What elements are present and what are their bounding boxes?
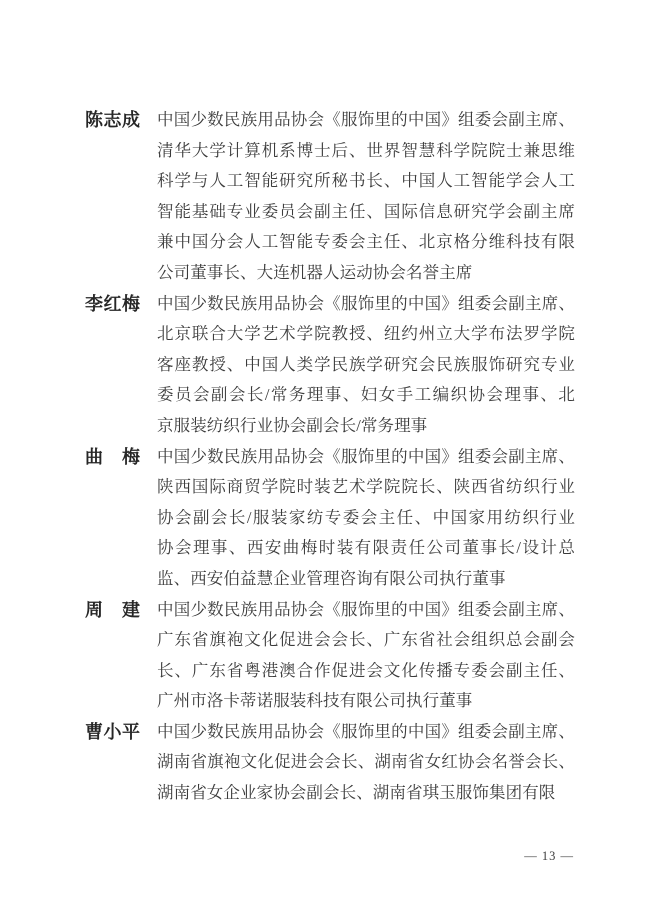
- entry-lines: 中国少数民族用品协会《服饰里的中国》组委会副主席、清华大学计算机系博士后、世界智…: [157, 105, 575, 289]
- entry-line: 客座教授、中国人类学民族学研究会民族服饰研究专业: [157, 350, 575, 381]
- entry-lines: 中国少数民族用品协会《服饰里的中国》组委会副主席、北京联合大学艺术学院教授、纽约…: [157, 289, 575, 442]
- entry-line: 陕西国际商贸学院时装艺术学院院长、陕西省纺织行业: [157, 472, 575, 503]
- entry-line: 京服装纺织行业协会副会长/常务理事: [157, 411, 575, 442]
- entry-lines: 中国少数民族用品协会《服饰里的中国》组委会副主席、陕西国际商贸学院时装艺术学院院…: [157, 442, 575, 595]
- entry-line: 兼中国分会人工智能专委会主任、北京格分维科技有限: [157, 227, 575, 258]
- entry-line: 长、广东省粤港澳合作促进会文化传播专委会副主任、: [157, 656, 575, 687]
- person-entry: 李红梅 中国少数民族用品协会《服饰里的中国》组委会副主席、北京联合大学艺术学院教…: [85, 289, 577, 442]
- document-page: 陈志成 中国少数民族用品协会《服饰里的中国》组委会副主席、清华大学计算机系博士后…: [0, 0, 650, 919]
- entry-lines: 中国少数民族用品协会《服饰里的中国》组委会副主席、广东省旗袍文化促进会会长、广东…: [157, 595, 575, 717]
- entry-name: 曲 梅: [85, 442, 142, 473]
- entry-lines: 中国少数民族用品协会《服饰里的中国》组委会副主席、湖南省旗袍文化促进会会长、湖南…: [157, 717, 575, 809]
- entry-line: 中国少数民族用品协会《服饰里的中国》组委会副主席、: [157, 442, 575, 473]
- entry-line: 清华大学计算机系博士后、世界智慧科学院院士兼思维: [157, 136, 575, 167]
- person-entry: 周 建 中国少数民族用品协会《服饰里的中国》组委会副主席、广东省旗袍文化促进会会…: [85, 595, 577, 717]
- entry-name: 陈志成: [85, 105, 142, 136]
- entry-name: 曹小平: [85, 717, 142, 748]
- entry-line: 湖南省旗袍文化促进会会长、湖南省女红协会名誉会长、: [157, 747, 575, 778]
- entry-line: 中国少数民族用品协会《服饰里的中国》组委会副主席、: [157, 717, 575, 748]
- entry-line: 广州市洛卡蒂诺服装科技有限公司执行董事: [157, 686, 575, 717]
- entry-line: 协会副会长/服装家纺专委会主任、中国家用纺织行业: [157, 503, 575, 534]
- entry-line: 中国少数民族用品协会《服饰里的中国》组委会副主席、: [157, 289, 575, 320]
- entry-line: 公司董事长、大连机器人运动协会名誉主席: [157, 258, 575, 289]
- person-entry: 陈志成 中国少数民族用品协会《服饰里的中国》组委会副主席、清华大学计算机系博士后…: [85, 105, 577, 289]
- entry-line: 委员会副会长/常务理事、妇女手工编织协会理事、北: [157, 380, 575, 411]
- person-entry: 曹小平 中国少数民族用品协会《服饰里的中国》组委会副主席、湖南省旗袍文化促进会会…: [85, 717, 577, 809]
- person-entry: 曲 梅 中国少数民族用品协会《服饰里的中国》组委会副主席、陕西国际商贸学院时装艺…: [85, 442, 577, 595]
- entry-line: 湖南省女企业家协会副会长、湖南省琪玉服饰集团有限: [157, 778, 575, 809]
- entry-line: 协会理事、西安曲梅时装有限责任公司董事长/设计总: [157, 533, 575, 564]
- entries-list: 陈志成 中国少数民族用品协会《服饰里的中国》组委会副主席、清华大学计算机系博士后…: [85, 105, 577, 809]
- entry-line: 中国少数民族用品协会《服饰里的中国》组委会副主席、: [157, 595, 575, 626]
- page-number: — 13 —: [524, 849, 574, 864]
- entry-line: 科学与人工智能研究所秘书长、中国人工智能学会人工: [157, 166, 575, 197]
- entry-line: 中国少数民族用品协会《服饰里的中国》组委会副主席、: [157, 105, 575, 136]
- entry-name: 周 建: [85, 595, 142, 626]
- entry-line: 广东省旗袍文化促进会会长、广东省社会组织总会副会: [157, 625, 575, 656]
- entry-line: 北京联合大学艺术学院教授、纽约州立大学布法罗学院: [157, 319, 575, 350]
- entry-name: 李红梅: [85, 289, 142, 320]
- entry-line: 智能基础专业委员会副主任、国际信息研究学会副主席: [157, 197, 575, 228]
- entry-line: 监、西安伯益慧企业管理咨询有限公司执行董事: [157, 564, 575, 595]
